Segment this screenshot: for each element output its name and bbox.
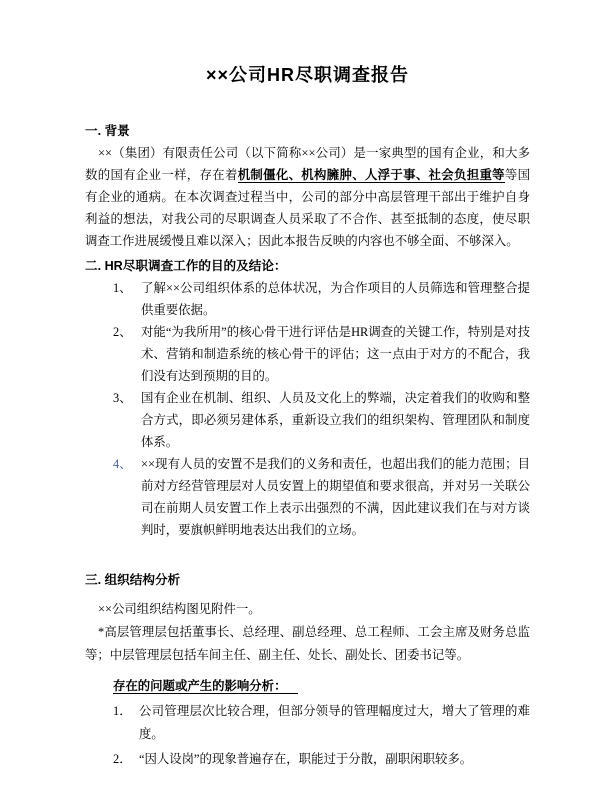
section3-item-1-marker: 1． (113, 700, 139, 746)
section2-item-4-text: ××现有人员的安置不是我们的义务和责任，也超出我们的能力范围；目前对方经营管理层… (141, 453, 530, 541)
section3-subheading-text: 存在的问题或产生的影响分析： (113, 679, 298, 694)
section2-item-1-marker: 1、 (113, 277, 141, 321)
section3-item-1: 1． 公司管理层次比较合理，但部分领导的管理幅度过大，增大了管理的难度。 (113, 700, 530, 746)
section2-item-1: 1、 了解××公司组织体系的总体状况，为合作项目的人员筛选和管理整合提供重要依据… (113, 277, 530, 321)
section3-paragraph-2: *高层管理层包括董事长、总经理、副总经理、总工程师、工会主席及财务总监等；中层管… (85, 621, 530, 667)
document-page: ××公司HR尽职调查报告 一. 背景 ××（集团）有限责任公司（以下简称××公司… (0, 0, 612, 792)
section1-run-2-bold-underlined: 机制僵化、机构臃肿、人浮于事、社会负担重等 (238, 168, 505, 183)
section3-item-1-text: 公司管理层次比较合理，但部分领导的管理幅度过大，增大了管理的难度。 (139, 700, 530, 746)
section3-subheading: 存在的问题或产生的影响分析： (113, 675, 530, 698)
section2-item-3-marker: 3、 (113, 387, 141, 453)
section2-item-3-text: 国有企业在机制、组织、人员及文化上的弊端，决定着我们的收购和整合方式，即必须另建… (141, 387, 530, 453)
section3-item-2-marker: 2． (113, 748, 139, 771)
section3-heading: 三. 组织结构分析 (85, 569, 530, 591)
section2-item-2-text: 对能“为我所用”的核心骨干进行评估是HR调查的关键工作，特别是对技术、营销和制造… (141, 321, 530, 387)
section2-item-4-marker: 4、 (113, 453, 141, 541)
section3-paragraph-1: ××公司组织结构图见附件一。 (85, 598, 530, 621)
section2-item-2-marker: 2、 (113, 321, 141, 387)
section1-paragraph: ××（集团）有限责任公司（以下简称××公司）是一家典型的国有企业，和大多数的国有… (85, 142, 530, 252)
section2-heading: 二. HR尽职调查工作的目的及结论： (85, 255, 530, 277)
section2-item-2: 2、 对能“为我所用”的核心骨干进行评估是HR调查的关键工作，特别是对技术、营销… (113, 321, 530, 387)
section2-item-1-text: 了解××公司组织体系的总体状况，为合作项目的人员筛选和管理整合提供重要依据。 (141, 277, 530, 321)
section2-item-4: 4、 ××现有人员的安置不是我们的义务和责任，也超出我们的能力范围；目前对方经营… (113, 453, 530, 541)
section3-item-2: 2． “因人设岗”的现象普遍存在，职能过于分散，副职闲职较多。 (113, 748, 530, 771)
section2-item-3: 3、 国有企业在机制、组织、人员及文化上的弊端，决定着我们的收购和整合方式，即必… (113, 387, 530, 453)
section1-heading: 一. 背景 (85, 120, 530, 142)
section3-item-2-text: “因人设岗”的现象普遍存在，职能过于分散，副职闲职较多。 (139, 748, 472, 771)
document-title: ××公司HR尽职调查报告 (85, 62, 530, 88)
